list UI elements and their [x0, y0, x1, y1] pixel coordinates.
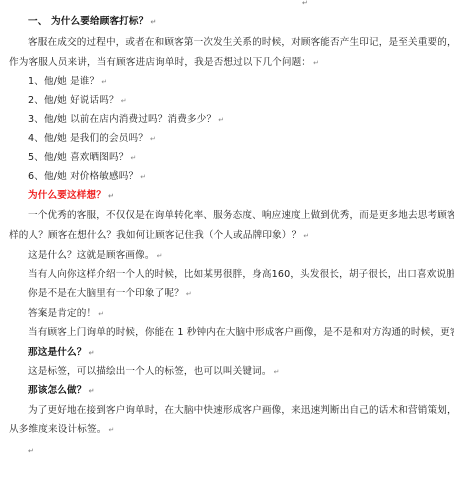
intro-text-2: 作为客服人员来讲，当有顾客进店询单时，我是否想过以下几个问题： — [9, 57, 311, 68]
question-text: 4、他/她 是我们的会员吗？ — [28, 133, 148, 144]
impression-line: 你是不是在大脑里有一个印象了呢？↵ — [28, 288, 192, 300]
how-para-line-1: 为了更好地在接到客户询单时，在大脑中快速形成客户画像，来迅速判断出自己的话术和营… — [28, 405, 454, 417]
document-page: ↵ 一、 为什么要给顾客打标？↵ 客服在成交的过程中，或者在和顾客第一次发生关系… — [0, 0, 454, 483]
paragraph-mark-icon: ↵ — [98, 310, 104, 318]
paragraph-mark-icon: ↵ — [303, 232, 309, 240]
paragraph-mark-icon: ↵ — [157, 252, 163, 260]
section-heading-text: 一、 为什么要给顾客打标？ — [28, 16, 148, 27]
then-what-heading: 那这是什么？↵ — [28, 347, 94, 359]
how-heading-text: 那该怎么做？ — [28, 385, 86, 396]
paragraph-mark-icon: ↵ — [101, 78, 107, 86]
example-line: 当有人向你这样介绍一个人的时候，比如某男很胖，身高160，头发很长，胡子很长，出… — [28, 269, 454, 281]
paragraph-mark-icon: ↵ — [302, 0, 308, 7]
then-what-heading-text: 那这是什么？ — [28, 347, 86, 358]
paragraph-mark-icon: ↵ — [218, 116, 224, 124]
one-second-line: 当有顾客上门询单的时候，你能在 1 秒钟内在大脑中形成客户画像，是不是和对方沟通… — [28, 327, 454, 339]
intro-line-1: 客服在成交的过程中，或者在和顾客第一次发生关系的时候，对顾客能否产生印记，是至关… — [28, 37, 454, 49]
paragraph-mark-icon: ↵ — [28, 447, 34, 455]
paragraph-mark-icon: ↵ — [108, 192, 114, 200]
paragraph-mark-icon: ↵ — [88, 387, 94, 395]
why-heading-text: 为什么要这样想？ — [28, 190, 106, 201]
paragraph-mark-icon: ↵ — [150, 135, 156, 143]
answer-text: 答案是肯定的！ — [28, 308, 96, 319]
paragraph-mark-icon: ↵ — [140, 173, 146, 181]
how-para-text-1: 为了更好地在接到客户询单时，在大脑中快速形成客户画像，来迅速判断出自己的话术和营… — [28, 405, 454, 416]
why-para-text-2: 样的人？顾客在想什么？我如何让顾客记住我（个人或品牌印象）？ — [9, 230, 301, 241]
question-item: 3、他/她 以前在店内消费过吗？消费多少？↵ — [28, 114, 224, 126]
paragraph-mark-icon: ↵ — [121, 97, 127, 105]
answer-line: 答案是肯定的！↵ — [28, 308, 104, 320]
what-is-this-line: 这是什么？这就是顾客画像。↵ — [28, 250, 163, 262]
paragraph-mark-icon: ↵ — [313, 59, 319, 67]
why-heading: 为什么要这样想？↵ — [28, 190, 114, 202]
question-item: 5、他/她 喜欢晒图吗？↵ — [28, 152, 137, 164]
paragraph-mark-icon: ↵ — [108, 426, 114, 434]
question-item: 4、他/她 是我们的会员吗？↵ — [28, 133, 156, 145]
question-text: 2、他/她 好说话吗？ — [28, 95, 119, 106]
how-heading: 那该怎么做？↵ — [28, 385, 94, 397]
question-item: 6、他/她 对价格敏感吗？↵ — [28, 171, 146, 183]
intro-line-2: 作为客服人员来讲，当有顾客进店询单时，我是否想过以下几个问题：↵ — [9, 57, 319, 69]
tags-explain-text: 这是标签，可以描绘出一个人的标签，也可以叫关键词。 — [28, 366, 272, 377]
section-heading: 一、 为什么要给顾客打标？↵ — [28, 16, 156, 28]
question-text: 5、他/她 喜欢晒图吗？ — [28, 152, 129, 163]
question-item: 2、他/她 好说话吗？↵ — [28, 95, 127, 107]
impression-text: 你是不是在大脑里有一个印象了呢？ — [28, 288, 184, 299]
tags-explain-line: 这是标签，可以描绘出一个人的标签，也可以叫关键词。↵ — [28, 366, 280, 378]
paragraph-mark-icon: ↵ — [186, 290, 192, 298]
intro-text-1: 客服在成交的过程中，或者在和顾客第一次发生关系的时候，对顾客能否产生印记，是至关… — [28, 37, 454, 48]
paragraph-mark-icon: ↵ — [88, 349, 94, 357]
example-text: 当有人向你这样介绍一个人的时候，比如某男很胖，身高160，头发很长，胡子很长，出… — [28, 269, 454, 280]
question-text: 3、他/她 以前在店内消费过吗？消费多少？ — [28, 114, 216, 125]
question-text: 1、他/她 是谁？ — [28, 76, 99, 87]
paragraph-mark-icon: ↵ — [150, 18, 156, 26]
one-second-text: 当有顾客上门询单的时候，你能在 1 秒钟内在大脑中形成客户画像，是不是和对方沟通… — [28, 327, 454, 338]
paragraph-mark-icon: ↵ — [274, 368, 280, 376]
how-para-text-2: 从多维度来设计标签。 — [9, 424, 106, 435]
why-para-line-2: 样的人？顾客在想什么？我如何让顾客记住我（个人或品牌印象）？↵ — [9, 230, 309, 242]
how-para-line-2: 从多维度来设计标签。↵ — [9, 424, 114, 436]
why-para-line-1: 一个优秀的客服，不仅仅是在询单转化率、服务态度、响应速度上做到优秀，而是更多地去… — [28, 210, 454, 222]
what-is-this-text: 这是什么？这就是顾客画像。 — [28, 250, 155, 261]
question-item: 1、他/她 是谁？↵ — [28, 76, 107, 88]
question-text: 6、他/她 对价格敏感吗？ — [28, 171, 138, 182]
paragraph-mark-icon: ↵ — [131, 154, 137, 162]
why-para-text-1: 一个优秀的客服，不仅仅是在询单转化率、服务态度、响应速度上做到优秀，而是更多地去… — [28, 210, 454, 221]
